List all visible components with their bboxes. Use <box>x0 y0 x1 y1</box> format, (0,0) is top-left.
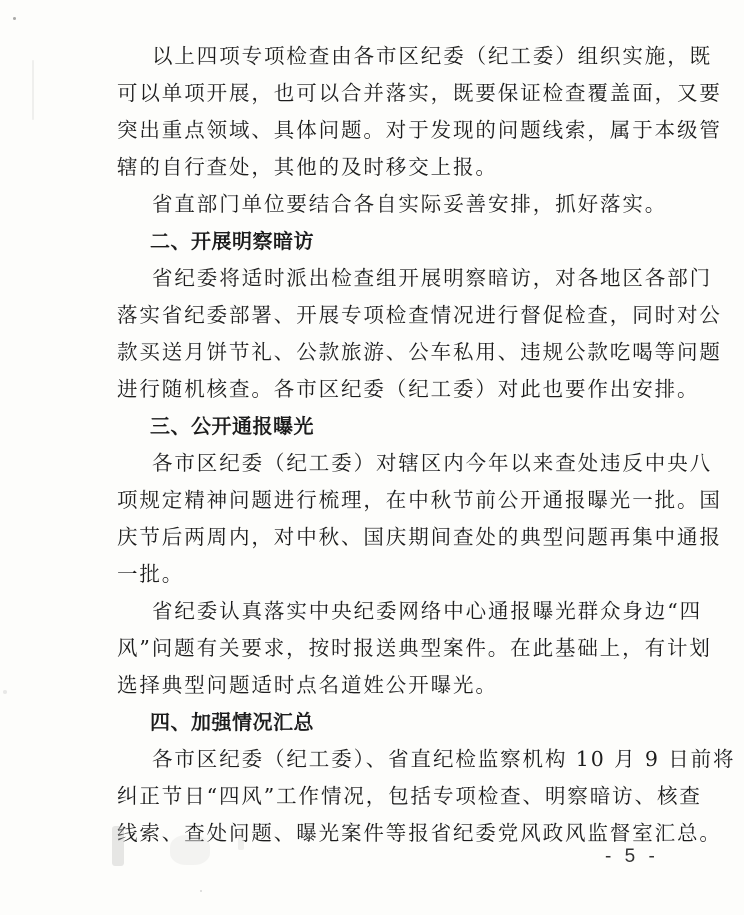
paragraph-1-line-4: 辖的自行查处，其他的及时移交上报。 <box>117 154 498 180</box>
paragraph-4-line-3: 庆节后两周内，对中秋、国庆期间查处的典型问题再集中通报 <box>117 524 722 550</box>
scan-speckle <box>238 828 244 850</box>
scan-speckle <box>170 835 210 865</box>
scan-speckle <box>200 890 202 892</box>
paragraph-1-line-1: 以上四项专项检查由各市区纪委（纪工委）组织实施，既 <box>152 43 712 69</box>
section-heading-4: 四、加强情况汇总 <box>150 709 314 735</box>
paragraph-4-line-4: 一批。 <box>117 561 184 587</box>
paragraph-6-line-1: 各市区纪委（纪工委）、省直纪检监察机构 10 月 9 日前将 <box>152 746 735 772</box>
document-page: 以上四项专项检查由各市区纪委（纪工委）组织实施，既 可以单项开展，也可以合并落实… <box>0 0 744 915</box>
paragraph-3-line-3: 款买送月饼节礼、公款旅游、公车私用、违规公款吃喝等问题 <box>117 339 722 365</box>
page-number: - 5 - <box>605 846 659 868</box>
paragraph-4-line-2: 项规定精神问题进行梳理，在中秋节前公开通报曝光一批。国 <box>117 487 722 513</box>
section-heading-2: 二、开展明察暗访 <box>150 228 314 254</box>
paragraph-2-line-1: 省直部门单位要结合各自实际妥善安排，抓好落实。 <box>152 191 667 217</box>
paragraph-5-line-2: 风”问题有关要求，按时报送典型案件。在此基础上，有计划 <box>117 635 712 661</box>
paragraph-6-line-2: 纠正节日“四风”工作情况，包括专项检查、明察暗访、核查 <box>117 783 702 809</box>
paragraph-3-line-2: 落实省纪委部署、开展专项检查情况进行督促检查，同时对公 <box>117 302 722 328</box>
scan-speckle <box>13 17 16 20</box>
paragraph-1-line-3: 突出重点领域、具体问题。对于发现的问题线索，属于本级管 <box>117 117 722 143</box>
section-heading-3: 三、公开通报曝光 <box>150 413 314 439</box>
scan-speckle <box>112 826 124 866</box>
paragraph-5-line-1: 省纪委认真落实中央纪委网络中心通报曝光群众身边“四 <box>152 598 702 624</box>
paragraph-1-line-2: 可以单项开展，也可以合并落实，既要保证检查覆盖面，又要 <box>117 80 722 106</box>
paragraph-4-line-1: 各市区纪委（纪工委）对辖区内今年以来查处违反中央八 <box>152 450 712 476</box>
paragraph-3-line-4: 进行随机核查。各市区纪委（纪工委）对此也要作出安排。 <box>117 376 699 402</box>
scan-speckle <box>32 60 34 120</box>
paragraph-3-line-1: 省纪委将适时派出检查组开展明察暗访，对各地区各部门 <box>152 265 712 291</box>
scan-speckle <box>3 690 7 694</box>
paragraph-5-line-3: 选择典型问题适时点名道姓公开曝光。 <box>117 672 498 698</box>
scan-speckle <box>205 160 207 162</box>
